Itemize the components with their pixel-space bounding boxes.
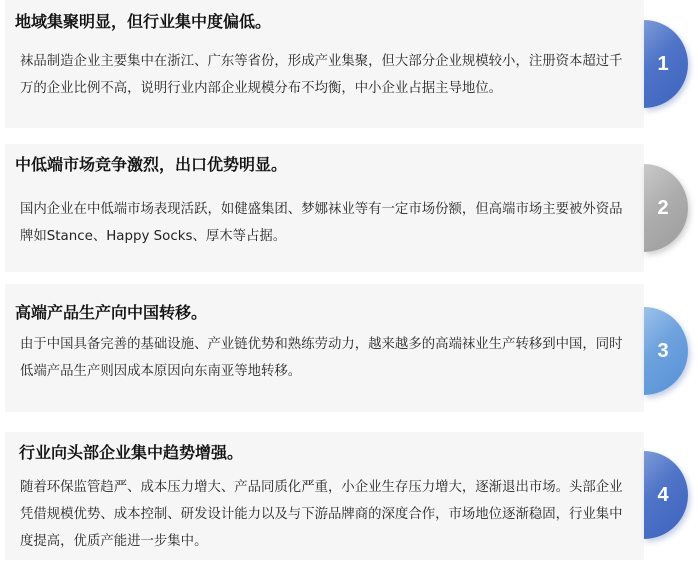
card-body: 国内企业在中低端市场表现活跃，如健盛集团、梦娜袜业等有一定市场份额，但高端市场主… [20, 196, 635, 250]
badge-number: 1 [657, 53, 668, 76]
card-title: 高端产品生产向中国转移。 [15, 300, 207, 323]
card-title: 中低端市场竞争激烈，出口优势明显。 [15, 152, 287, 175]
badge-number: 3 [657, 340, 668, 363]
card-body: 由于中国具备完善的基础设施、产业链优势和熟练劳动力，越来越多的高端袜业生产转移到… [20, 331, 635, 385]
number-badge-4: 4 [644, 451, 688, 539]
number-badge-2: 2 [644, 164, 688, 252]
card-industry-consolidation: 行业向头部企业集中趋势增强。 随着环保监管趋严、成本压力增大、产品同质化严重，小… [5, 432, 644, 560]
badge-number: 4 [657, 484, 668, 507]
number-badge-1: 1 [644, 20, 688, 108]
card-body: 袜品制造企业主要集中在浙江、广东等省份，形成产业集聚，但大部分企业规模较小，注册… [20, 48, 635, 102]
card-high-end-production-shift: 高端产品生产向中国转移。 由于中国具备完善的基础设施、产业链优势和熟练劳动力，越… [5, 284, 644, 412]
card-title: 地域集聚明显，但行业集中度偏低。 [15, 9, 271, 32]
card-regional-clustering: 地域集聚明显，但行业集中度偏低。 袜品制造企业主要集中在浙江、广东等省份，形成产… [5, 0, 644, 128]
card-mid-low-end-market: 中低端市场竞争激烈，出口优势明显。 国内企业在中低端市场表现活跃，如健盛集团、梦… [5, 144, 644, 272]
badge-number: 2 [657, 197, 668, 220]
card-title: 行业向头部企业集中趋势增强。 [19, 440, 243, 463]
number-badge-3: 3 [644, 307, 688, 395]
card-body: 随着环保监管趋严、成本压力增大、产品同质化严重，小企业生存压力增大，逐渐退出市场… [20, 474, 635, 555]
